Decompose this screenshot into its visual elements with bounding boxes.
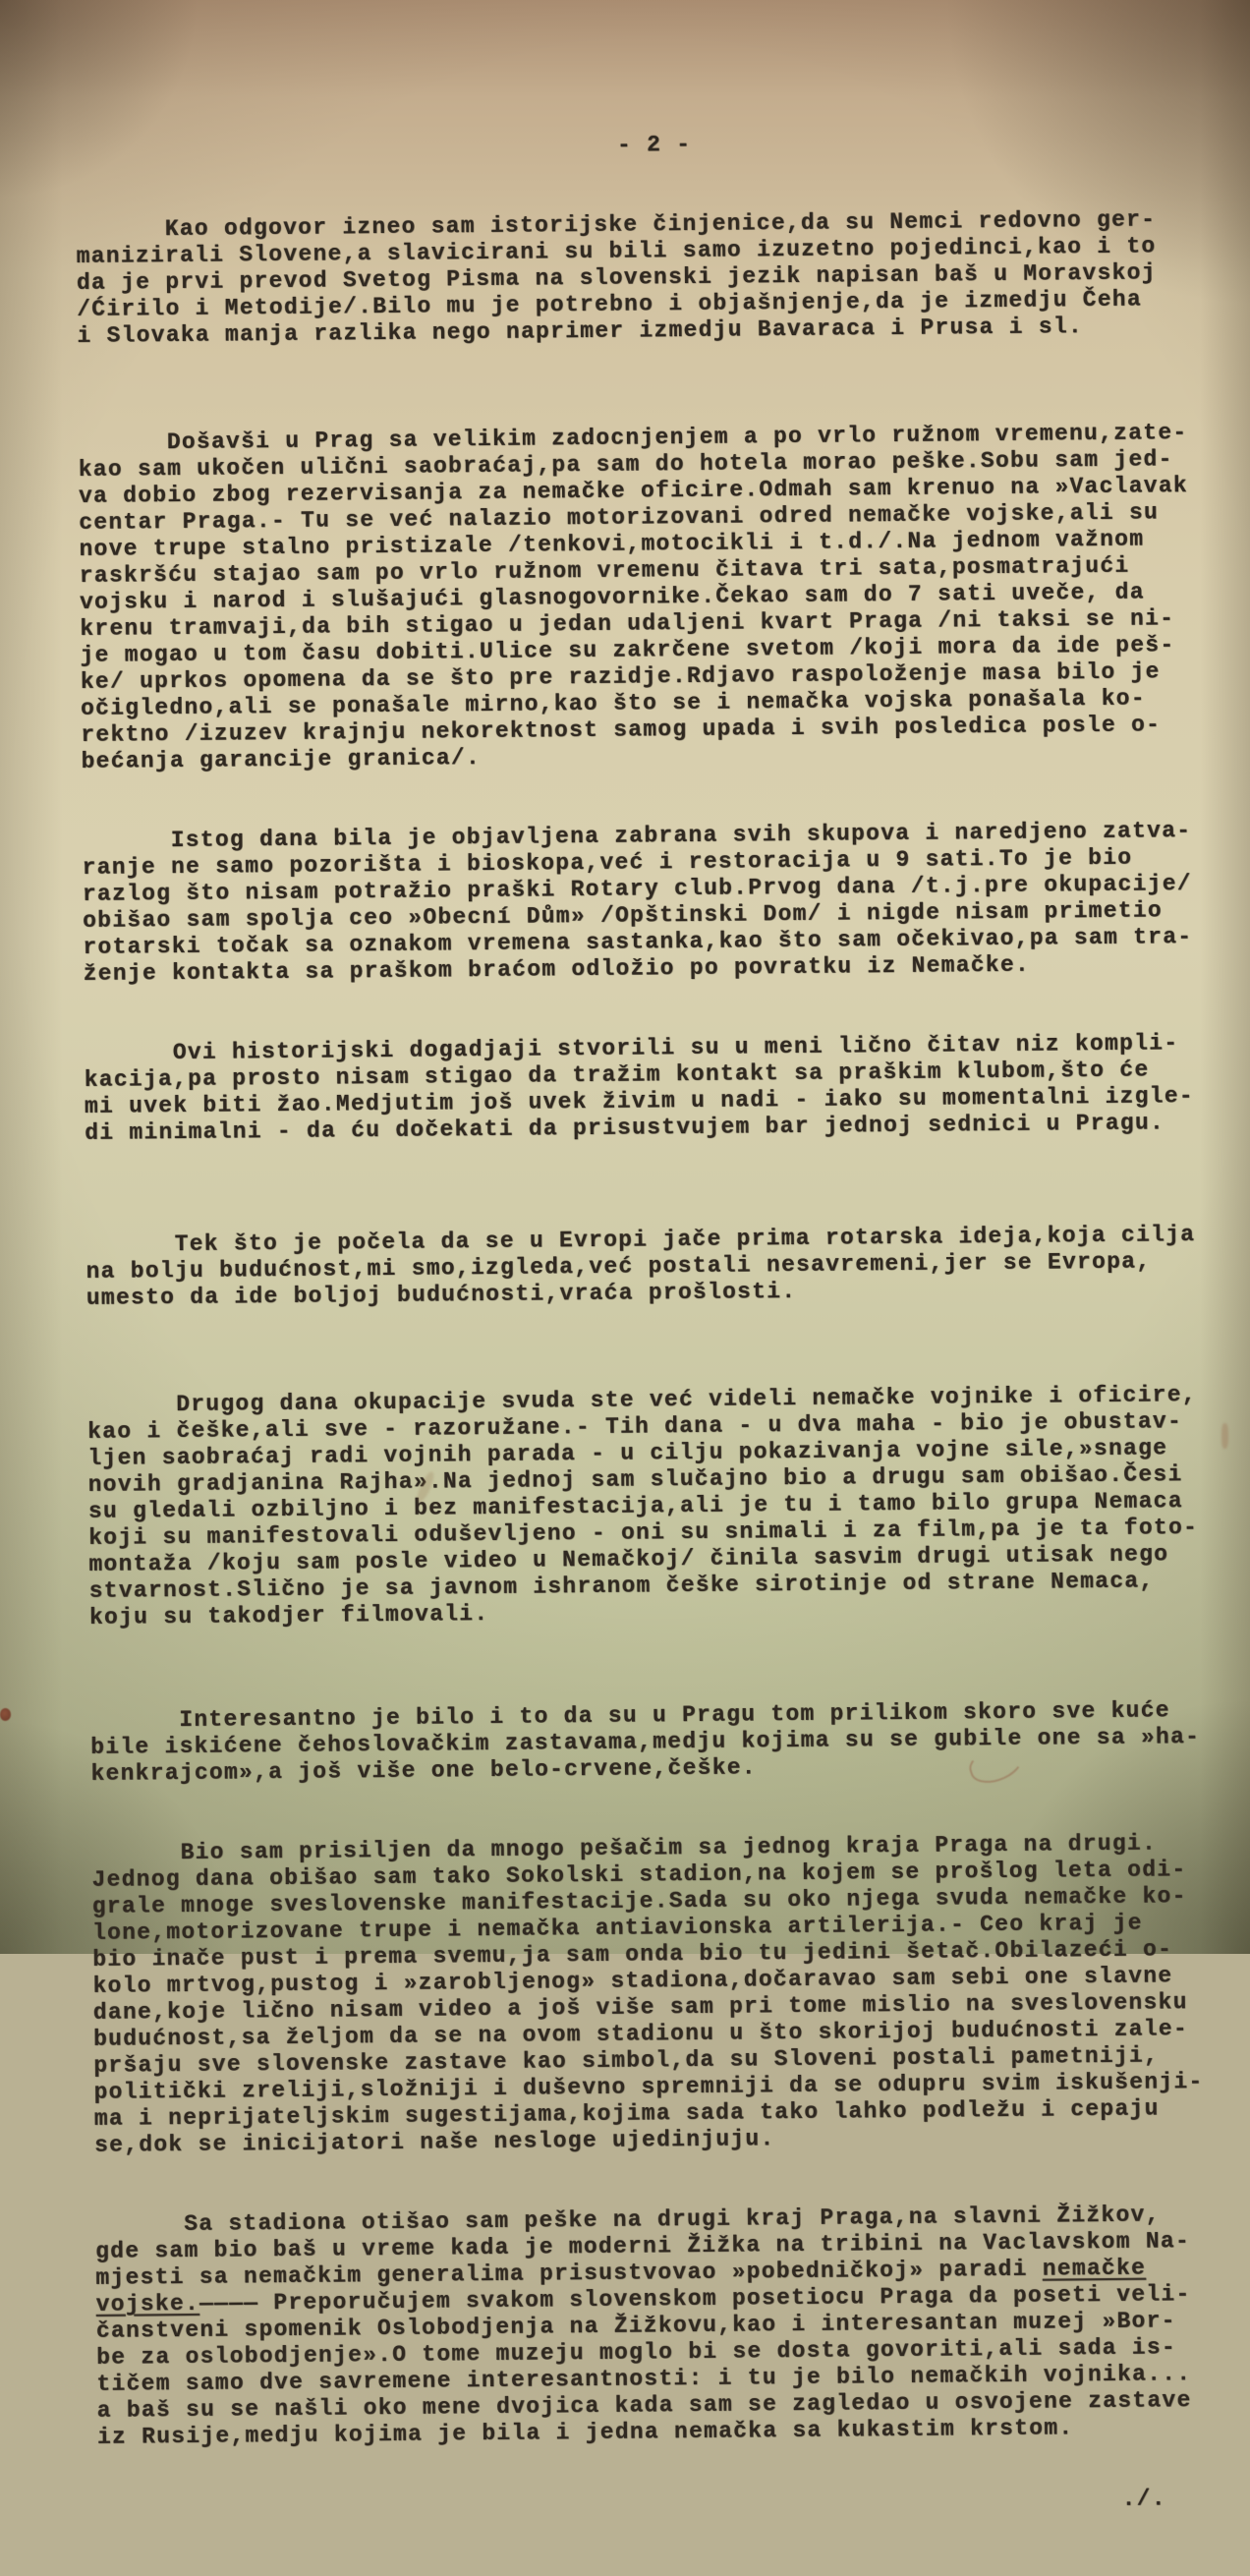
typewritten-page: - 2 - Kao odgovor izneo sam istorijske č… xyxy=(75,74,1250,1954)
paragraph-2: Došavši u Prag sa velikim zadocnjenjem a… xyxy=(78,420,1238,775)
photographed-paper-background: - 2 - Kao odgovor izneo sam istorijske č… xyxy=(0,0,1250,1954)
paragraph-5: Tek što je počela da se u Evropi jače pr… xyxy=(85,1222,1244,1312)
paragraph-4: Ovi historijski dogadjaji stvorili su u … xyxy=(84,1030,1242,1147)
paragraph-3: Istog dana bila je objavljena zabrana sv… xyxy=(82,818,1241,988)
page-number: - 2 - xyxy=(76,127,1233,164)
paper-stain-red-dot xyxy=(0,1708,11,1721)
paragraph-7: Interesantno je bilo i to da su u Pragu … xyxy=(90,1697,1249,1788)
paragraph-6: Drugog dana okupacije svuda ste već vide… xyxy=(87,1382,1247,1631)
paragraph-8: Bio sam prisiljen da mnogo pešačim sa je… xyxy=(91,1830,1250,1954)
paragraph-1: Kao odgovor izneo sam istorijske činjeni… xyxy=(76,206,1234,350)
